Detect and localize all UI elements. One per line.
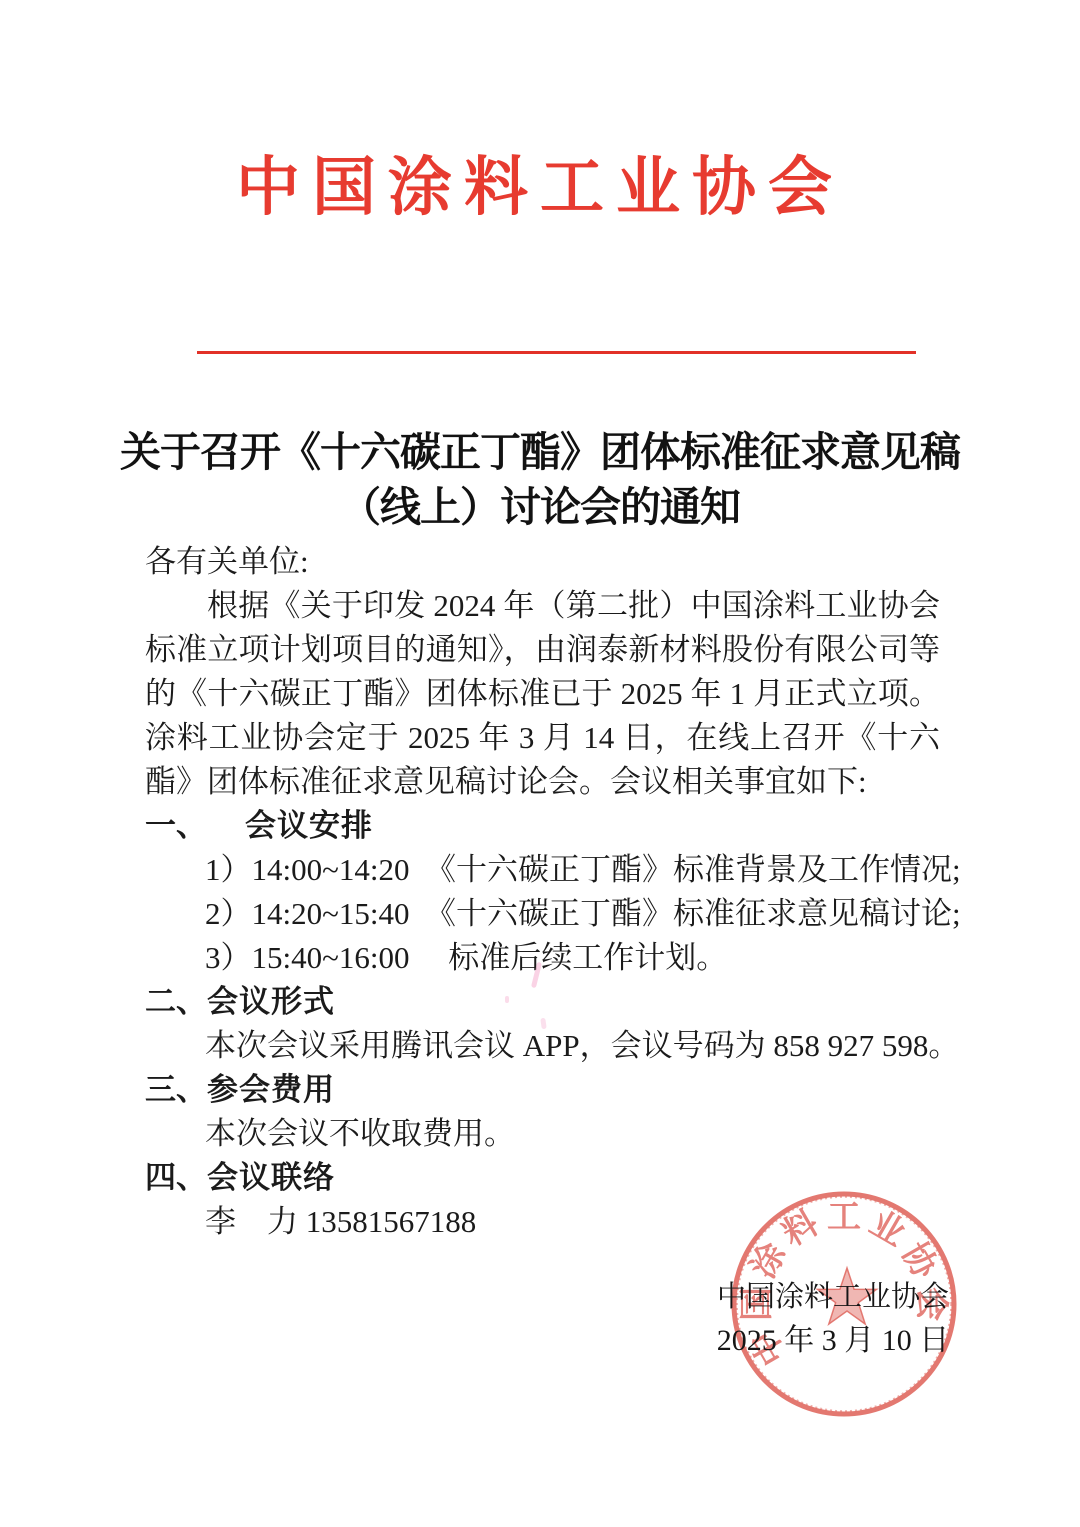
document-page: 中国涂料工业协会 关于召开《十六碳正丁酯》团体标准征求意见稿 （线上）讨论会的通… [0,0,1080,1527]
notice-title: 关于召开《十六碳正丁酯》团体标准征求意见稿 （线上）讨论会的通知 [0,425,1080,535]
salutation: 各有关单位: [145,540,940,584]
signature-date: 2025 年 3 月 10 日 [705,1324,961,1358]
notice-body: 各有关单位: 根据《关于印发 2024 年（第二批）中国涂料工业协会团体 标准立… [145,540,940,1244]
signature-org: 中国涂料工业协会 [705,1280,961,1324]
schedule-item-1: 1）14:00~14:20 《十六碳正丁酯》标准背景及工作情况; [145,848,940,892]
section-4-number: 四、 [145,1160,207,1195]
letterhead-org-name: 中国涂料工业协会 [0,145,1080,231]
paragraph-line-1: 根据《关于印发 2024 年（第二批）中国涂料工业协会团体 [145,584,940,628]
section-3-body: 本次会议不收取费用。 [145,1112,940,1156]
section-2-number: 二、 [145,984,207,1019]
section-1-number: 一、 [145,808,207,843]
paragraph-line-3: 的《十六碳正丁酯》团体标准已于 2025 年 1 月正式立项。中国 [145,672,940,716]
section-2-body: 本次会议采用腾讯会议 APP，会议号码为 858 927 598。 [145,1024,940,1068]
paragraph-line-4: 涂料工业协会定于 2025 年 3 月 14 日，在线上召开《十六碳正丁 [145,716,940,760]
paragraph-line-5: 酯》团体标准征求意见稿讨论会。会议相关事宜如下: [145,760,940,804]
stamp-ring-char: 工 [827,1199,861,1236]
scan-artifact [505,996,509,1003]
section-1-heading: 一、会议安排 [145,804,940,848]
letterhead-divider [197,351,916,354]
section-3-title: 参会费用 [207,1072,335,1107]
section-1-title: 会议安排 [245,808,373,843]
section-4-title: 会议联络 [207,1160,335,1195]
schedule-item-2: 2）14:20~15:40 《十六碳正丁酯》标准征求意见稿讨论; [145,892,940,936]
section-2-title: 会议形式 [207,984,335,1019]
paragraph-line-2: 标准立项计划项目的通知》，由润泰新材料股份有限公司等提出 [145,628,940,672]
section-3-heading: 三、参会费用 [145,1068,940,1112]
schedule-item-3: 3）15:40~16:00 标准后续工作计划。 [145,936,940,980]
notice-title-line2: （线上）讨论会的通知 [0,480,1080,535]
section-3-number: 三、 [145,1072,207,1107]
signature-block: 中国涂料工业协会 2025 年 3 月 10 日 [705,1280,961,1358]
notice-title-line1: 关于召开《十六碳正丁酯》团体标准征求意见稿 [0,425,1080,480]
